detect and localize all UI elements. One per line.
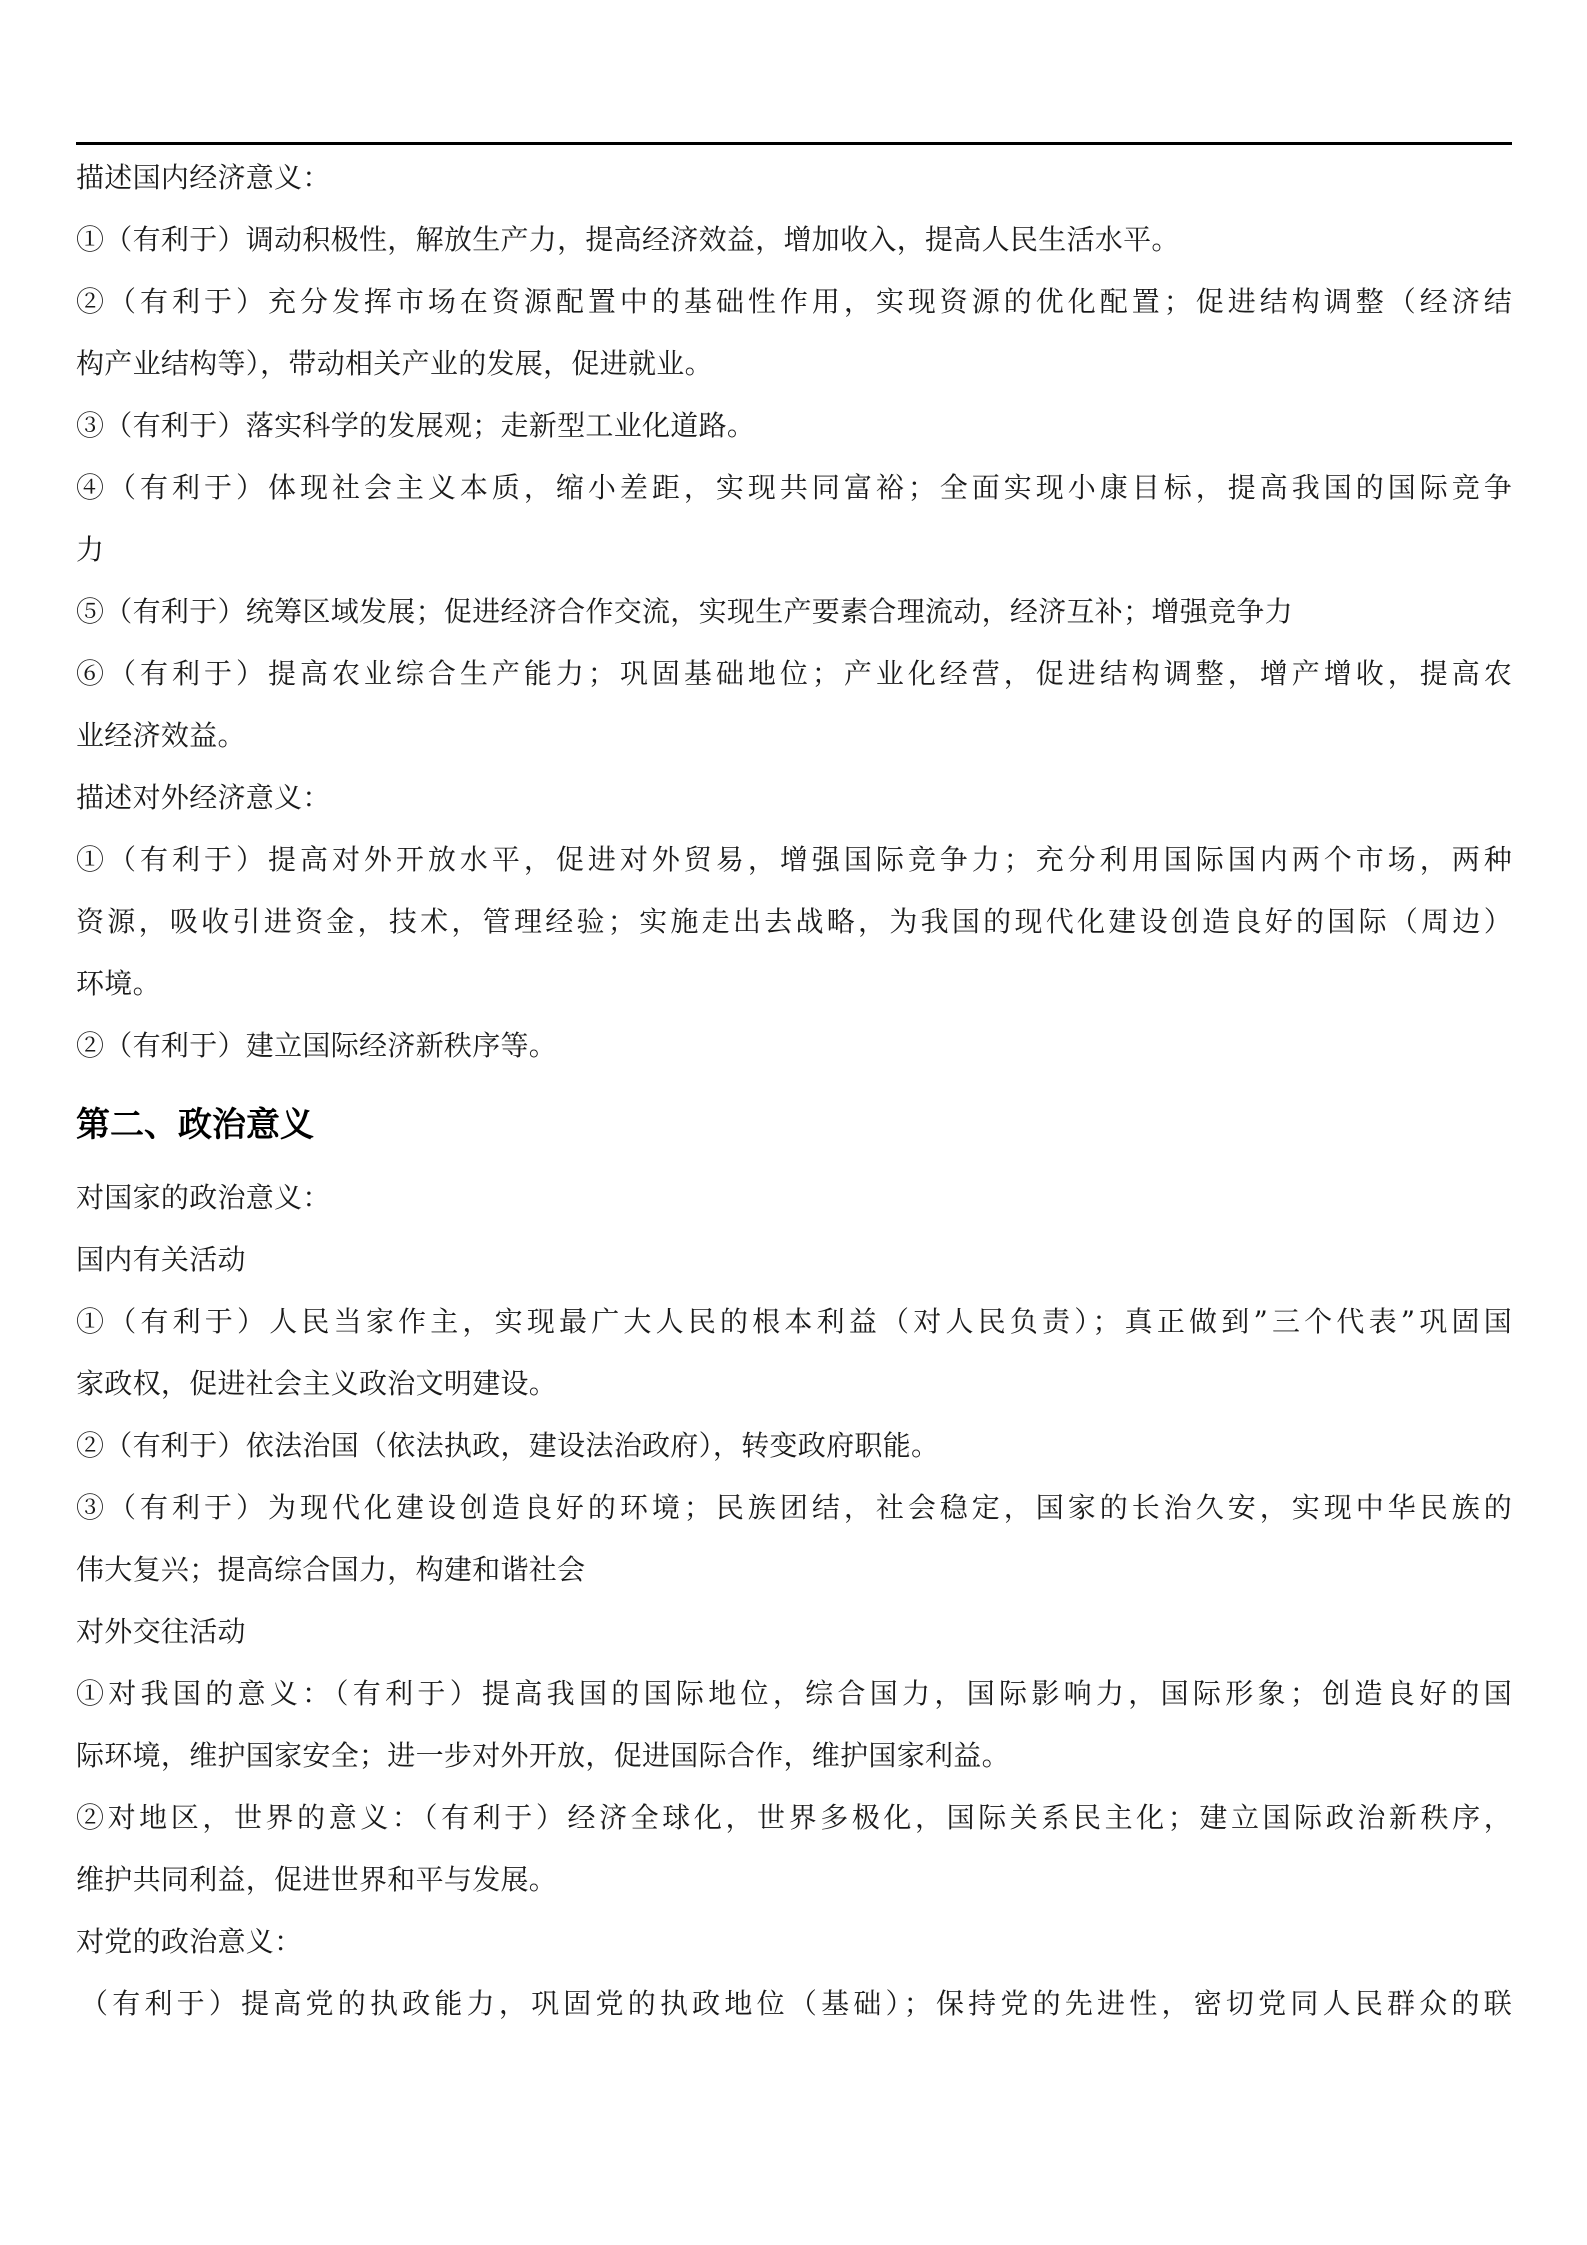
domestic-activities-subtitle: 国内有关活动 <box>76 1240 1512 1280</box>
domestic-economic-item-1: ①（有利于）调动积极性，解放生产力，提高经济效益，增加收入，提高人民生活水平。 <box>76 220 1512 260</box>
foreign-activities-subtitle: 对外交往活动 <box>76 1612 1512 1652</box>
section-heading-political: 第二、政治意义 <box>76 1101 314 1149</box>
party-political-title: 对党的政治意义： <box>76 1922 1512 1962</box>
foreign-economic-title: 描述对外经济意义： <box>76 778 1512 818</box>
domestic-political-item-3-line-1: ③（有利于）为现代化建设创造良好的环境；民族团结，社会稳定，国家的长治久安，实现… <box>76 1488 1512 1528</box>
domestic-political-item-1-line-1: ①（有利于）人民当家作主，实现最广大人民的根本利益（对人民负责）；真正做到”三个… <box>76 1302 1512 1342</box>
domestic-political-item-2: ②（有利于）依法治国（依法执政，建设法治政府），转变政府职能。 <box>76 1426 1512 1466</box>
state-political-title: 对国家的政治意义： <box>76 1178 1512 1218</box>
foreign-economic-item-1-line-1: ①（有利于）提高对外开放水平，促进对外贸易，增强国际竞争力；充分利用国际国内两个… <box>76 840 1512 880</box>
domestic-political-item-3-line-2: 伟大复兴；提高综合国力，构建和谐社会 <box>76 1550 1512 1590</box>
header-rule <box>76 142 1512 145</box>
domestic-economic-item-4-line-1: ④（有利于）体现社会主义本质，缩小差距，实现共同富裕；全面实现小康目标，提高我国… <box>76 468 1512 508</box>
foreign-political-item-1-line-1: ①对我国的意义：（有利于）提高我国的国际地位，综合国力，国际影响力，国际形象；创… <box>76 1674 1512 1714</box>
domestic-economic-title: 描述国内经济意义： <box>76 158 1512 198</box>
document-page: 描述国内经济意义： ①（有利于）调动积极性，解放生产力，提高经济效益，增加收入，… <box>0 0 1587 2245</box>
domestic-economic-item-6-line-1: ⑥（有利于）提高农业综合生产能力；巩固基础地位；产业化经营，促进结构调整，增产增… <box>76 654 1512 694</box>
domestic-economic-item-2-line-1: ②（有利于）充分发挥市场在资源配置中的基础性作用，实现资源的优化配置；促进结构调… <box>76 282 1512 322</box>
domestic-economic-item-2-line-2: 构产业结构等），带动相关产业的发展，促进就业。 <box>76 344 1512 384</box>
foreign-economic-item-1-line-2: 资源，吸收引进资金，技术，管理经验；实施走出去战略，为我国的现代化建设创造良好的… <box>76 902 1512 942</box>
domestic-economic-item-5: ⑤（有利于）统筹区域发展；促进经济合作交流，实现生产要素合理流动，经济互补；增强… <box>76 592 1512 632</box>
foreign-political-item-2-line-1: ②对地区，世界的意义：（有利于）经济全球化，世界多极化，国际关系民主化；建立国际… <box>76 1798 1512 1838</box>
foreign-political-item-2-line-2: 维护共同利益，促进世界和平与发展。 <box>76 1860 1512 1900</box>
foreign-political-item-1-line-2: 际环境，维护国家安全；进一步对外开放，促进国际合作，维护国家利益。 <box>76 1736 1512 1776</box>
foreign-economic-item-2: ②（有利于）建立国际经济新秩序等。 <box>76 1026 1512 1066</box>
foreign-economic-item-1-line-3: 环境。 <box>76 964 1512 1004</box>
domestic-economic-item-6-line-2: 业经济效益。 <box>76 716 1512 756</box>
party-political-item-1: （有利于）提高党的执政能力，巩固党的执政地位（基础）；保持党的先进性，密切党同人… <box>80 1984 1512 2024</box>
domestic-economic-item-4-line-2: 力 <box>76 530 1512 570</box>
domestic-economic-item-3: ③（有利于）落实科学的发展观；走新型工业化道路。 <box>76 406 1512 446</box>
domestic-political-item-1-line-2: 家政权，促进社会主义政治文明建设。 <box>76 1364 1512 1404</box>
